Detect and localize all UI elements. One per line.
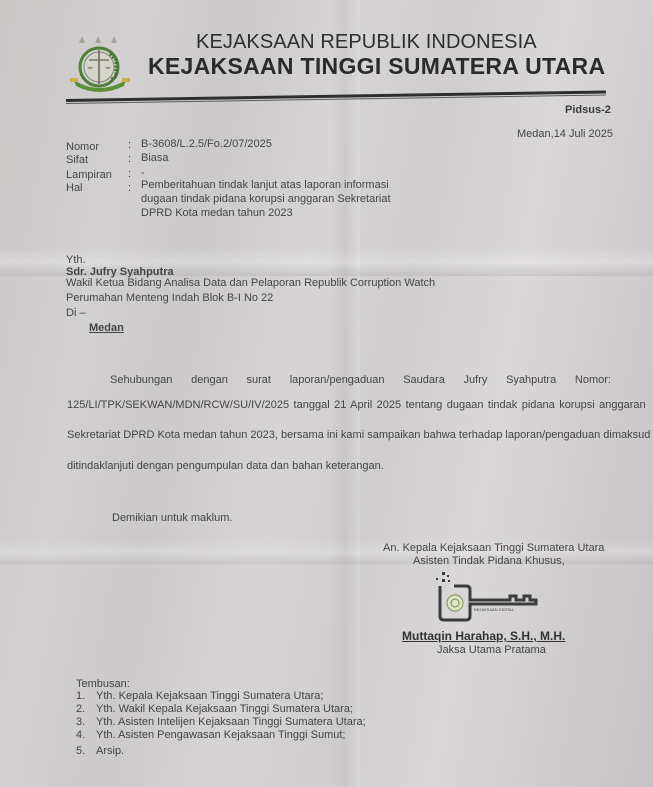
body-word: surat xyxy=(247,374,271,386)
cc-item-number: 3. xyxy=(76,716,85,728)
cc-item-text: Yth. Asisten Pengawasan Kejaksaan Tinggi… xyxy=(96,729,346,741)
body-word: Saudara xyxy=(403,374,445,386)
recipient-salutation: Yth. xyxy=(66,254,86,266)
cc-item-number: 1. xyxy=(76,690,85,702)
kejaksaan-emblem-icon xyxy=(68,34,134,96)
svg-text:KEJAKSAAN DIGITAL: KEJAKSAAN DIGITAL xyxy=(474,607,515,612)
meta-value-lampiran: - xyxy=(141,167,145,179)
form-code: Pidsus-2 xyxy=(565,104,611,116)
meta-label-hal: Hal xyxy=(66,182,83,194)
cc-item-text: Arsip. xyxy=(96,745,124,757)
institution-name: KEJAKSAAN REPUBLIK INDONESIA xyxy=(196,31,537,54)
recipient-city: Medan xyxy=(89,322,124,334)
meta-colon: : xyxy=(128,139,131,151)
signatory-name: Muttaqin Harahap, S.H., M.H. xyxy=(402,629,565,643)
signature-role: Asisten Tindak Pidana Khusus, xyxy=(413,555,565,567)
meta-value-hal-line: dugaan tindak pidana korupsi anggaran Se… xyxy=(141,193,391,205)
cc-item-text: Yth. Asisten Intelijen Kejaksaan Tinggi … xyxy=(96,716,366,728)
digital-signature-key-icon: KEJAKSAAN DIGITAL xyxy=(432,572,544,622)
recipient-position: Wakil Ketua Bidang Analisa Data dan Pela… xyxy=(66,277,435,289)
place-date: Medan,14 Juli 2025 xyxy=(517,128,613,140)
meta-colon: : xyxy=(128,182,131,194)
body-word: Syahputra xyxy=(506,374,556,386)
signatory-rank: Jaksa Utama Pratama xyxy=(437,644,546,656)
body-line-3: Sekretariat DPRD Kota medan tahun 2023, … xyxy=(67,429,650,441)
office-name: KEJAKSAAN TINGGI SUMATERA UTARA xyxy=(148,53,605,80)
cc-title: Tembusan: xyxy=(76,678,130,690)
body-word: laporan/pengaduan xyxy=(290,374,385,386)
signature-on-behalf: An. Kepala Kejaksaan Tinggi Sumatera Uta… xyxy=(383,542,604,554)
body-line-1: Sehubungandengansuratlaporan/pengaduanSa… xyxy=(110,374,611,386)
paper-fold xyxy=(330,0,360,787)
cc-item-number: 4. xyxy=(76,729,85,741)
meta-value-sifat: Biasa xyxy=(141,152,169,164)
cc-item-text: Yth. Kepala Kejaksaan Tinggi Sumatera Ut… xyxy=(96,690,323,702)
recipient-address: Perumahan Menteng Indah Blok B-I No 22 xyxy=(66,292,273,304)
body-word: dengan xyxy=(191,374,228,386)
meta-value-nomor: B-3608/L.2.5/Fo.2/07/2025 xyxy=(141,138,272,150)
body-word: Sehubungan xyxy=(110,374,172,386)
meta-label-nomor: Nomor xyxy=(66,141,99,153)
body-line-2: 125/LI/TPK/SEKWAN/MDN/RCW/SU/IV/2025 tan… xyxy=(67,399,646,411)
cc-item-text: Yth. Wakil Kepala Kejaksaan Tinggi Sumat… xyxy=(96,703,353,715)
closing-line: Demikian untuk maklum. xyxy=(112,512,232,524)
meta-label-sifat: Sifat xyxy=(66,154,88,166)
meta-value-hal-line: Pemberitahuan tindak lanjut atas laporan… xyxy=(141,179,389,191)
recipient-di: Di – xyxy=(66,307,86,319)
cc-item-number: 5. xyxy=(76,745,85,757)
meta-colon: : xyxy=(128,153,131,165)
meta-colon: : xyxy=(128,168,131,180)
meta-label-lampiran: Lampiran xyxy=(66,169,112,181)
meta-value-hal-line: DPRD Kota medan tahun 2023 xyxy=(141,207,293,219)
body-word: Nomor: xyxy=(575,374,611,386)
body-word: Jufry xyxy=(464,374,488,386)
body-line-4: ditindaklanjuti dengan pengumpulan data … xyxy=(67,460,384,472)
cc-item-number: 2. xyxy=(76,703,85,715)
